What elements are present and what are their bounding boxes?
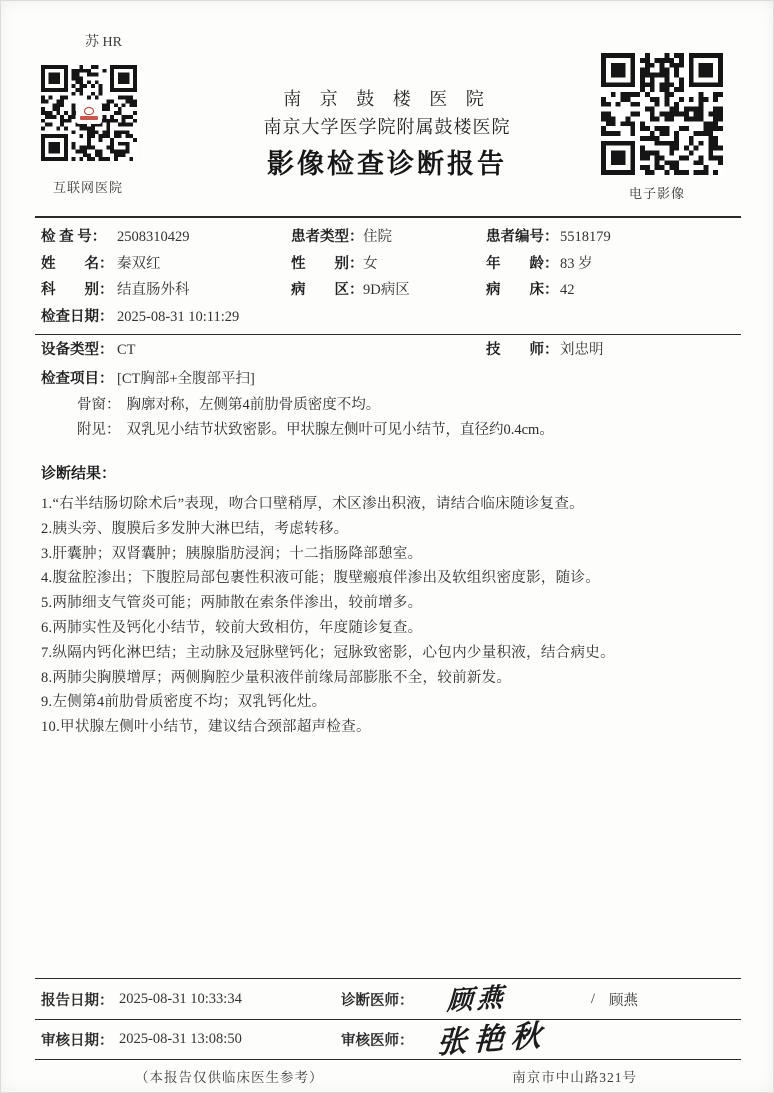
diagnosing-doctor-signature: 顾燕 bbox=[446, 976, 507, 1017]
patient-name-value: 秦双红 bbox=[117, 251, 291, 278]
diagnosis-item: 1.“右半结肠切除术后”表现，吻合口壁稍厚，术区渗出积液，请结合临床随诊复查。 bbox=[41, 492, 743, 517]
exam-date-label: 检查日期： bbox=[41, 304, 117, 331]
report-footer-table: 报告日期： 2025-08-31 10:33:34 诊断医师： 顾燕 / 顾燕 … bbox=[1, 978, 773, 1092]
report-date-row: 报告日期： 2025-08-31 10:33:34 诊断医师： 顾燕 / 顾燕 bbox=[35, 978, 741, 1019]
exam-date-value: 2025-08-31 10:11:29 bbox=[117, 304, 741, 331]
diagnosis-item: 4.腹盆腔渗出；下腹腔局部包裹性积液可能；腹壁瘢痕伴渗出及软组织密度影，随诊。 bbox=[41, 566, 743, 591]
patient-info-table: 检 查 号： 2508310429 患者类型： 住院 患者编号： 5518179… bbox=[1, 218, 773, 330]
exam-item-value: [CT胸部+全腹部平扫] bbox=[117, 366, 741, 393]
gender-value: 女 bbox=[363, 251, 486, 278]
technician-label: 技 师： bbox=[486, 337, 560, 364]
report-header: 苏 HR 互联网医院 电子影像 南 京 鼓 楼 医 院 南京大学医学院附属鼓楼医… bbox=[1, 1, 773, 216]
field-label: 病 床： bbox=[486, 277, 560, 304]
patient-id-value: 5518179 bbox=[560, 224, 741, 251]
hospital-address: 南京市中山路321号 bbox=[512, 1066, 637, 1086]
finding-label: 骨窗： bbox=[77, 397, 121, 413]
diagnosis-item: 10.甲状腺左侧叶小结节，建议结合颈部超声检查。 bbox=[41, 715, 743, 740]
finding-text: 胸廓对称，左侧第4前肋骨质密度不均。 bbox=[127, 397, 381, 413]
finding-additional: 附见：双乳见小结节状致密影。甲状腺左侧叶可见小结节，直径约0.4cm。 bbox=[41, 418, 741, 442]
patient-type-value: 住院 bbox=[363, 224, 486, 251]
region-label: 苏 HR bbox=[85, 31, 122, 51]
diagnosis-section: 诊断结果： 1.“右半结肠切除术后”表现，吻合口壁稍厚，术区渗出积液，请结合临床… bbox=[1, 442, 773, 740]
review-date-value: 2025-08-31 13:08:50 bbox=[119, 1031, 341, 1048]
diagnosis-item: 9.左侧第4前肋骨质密度不均；双乳钙化灶。 bbox=[41, 690, 743, 715]
reviewing-doctor-signature: 张艳秋 bbox=[436, 1010, 548, 1062]
diagnosis-item: 8.两肺尖胸膜增厚；两侧胸腔少量积液伴前缘局部膨胀不全，较前新发。 bbox=[41, 666, 743, 691]
reviewing-doctor-label: 审核医师： bbox=[341, 1029, 433, 1050]
device-type-value: CT bbox=[117, 337, 486, 364]
age-value: 83 岁 bbox=[560, 251, 741, 278]
diagnosis-item: 6.两肺实性及钙化小结节，较前大致相仿，年度随诊复查。 bbox=[41, 616, 743, 641]
footer-note: （本报告仅供临床医生参考） bbox=[135, 1066, 324, 1086]
diagnosing-doctor-label: 诊断医师： bbox=[341, 989, 433, 1010]
report-title: 影像检查诊断报告 bbox=[1, 142, 773, 181]
signature-separator: / bbox=[591, 991, 595, 1008]
field-label: 性 别： bbox=[291, 251, 363, 278]
ward-value: 9D病区 bbox=[363, 277, 486, 304]
finding-bone-window: 骨窗：胸廓对称，左侧第4前肋骨质密度不均。 bbox=[41, 393, 741, 417]
hospital-name: 南 京 鼓 楼 医 院 bbox=[1, 85, 773, 111]
report-date-label: 报告日期： bbox=[35, 989, 119, 1010]
department-value: 结直肠外科 bbox=[117, 277, 291, 304]
field-label: 年 龄： bbox=[486, 251, 560, 278]
diagnosis-item: 2.胰头旁、腹膜后多发肿大淋巴结，考虑转移。 bbox=[41, 517, 743, 542]
exam-number-value: 2508310429 bbox=[117, 224, 291, 251]
field-label: 姓 名： bbox=[41, 251, 117, 278]
diagnosis-item: 3.肝囊肿；双肾囊肿；胰腺脂肪浸润；十二指肠降部憩室。 bbox=[41, 542, 743, 567]
bed-value: 42 bbox=[560, 277, 741, 304]
field-label: 病 区： bbox=[291, 277, 363, 304]
device-type-label: 设备类型： bbox=[41, 337, 117, 364]
review-date-row: 审核日期： 2025-08-31 13:08:50 审核医师： 张艳秋 bbox=[35, 1019, 741, 1060]
field-label: 检 查 号： bbox=[41, 224, 117, 251]
finding-label: 附见： bbox=[77, 422, 121, 438]
report-date-value: 2025-08-31 10:33:34 bbox=[119, 991, 341, 1008]
diagnosis-item: 7.纵隔内钙化淋巴结；主动脉及冠脉壁钙化；冠脉致密影，心包内少量积液，结合病史。 bbox=[41, 641, 743, 666]
report-page: 苏 HR 互联网医院 电子影像 南 京 鼓 楼 医 院 南京大学医学院附属鼓楼医… bbox=[0, 0, 774, 1093]
hospital-affiliation: 南京大学医学院附属鼓楼医院 bbox=[1, 113, 773, 139]
technician-value: 刘忠明 bbox=[560, 337, 741, 364]
review-date-label: 审核日期： bbox=[35, 1029, 119, 1050]
diagnosis-item: 5.两肺细支气管炎可能；两肺散在索条伴渗出，较前增多。 bbox=[41, 591, 743, 616]
diagnosing-doctor-name: 顾燕 bbox=[609, 989, 638, 1010]
finding-text: 双乳见小结节状致密影。甲状腺左侧叶可见小结节，直径约0.4cm。 bbox=[127, 422, 554, 438]
qr-right-caption: 电子影像 bbox=[629, 183, 685, 202]
exam-item-label: 检查项目： bbox=[41, 366, 117, 393]
exam-info-section: 设备类型： CT 技 师： 刘忠明 检查项目： [CT胸部+全腹部平扫] 骨窗：… bbox=[1, 335, 773, 442]
field-label: 患者编号： bbox=[486, 224, 560, 251]
field-label: 科 别： bbox=[41, 277, 117, 304]
diagnosis-heading: 诊断结果： bbox=[41, 462, 743, 483]
field-label: 患者类型： bbox=[291, 224, 363, 251]
footer-note-row: （本报告仅供临床医生参考） 南京市中山路321号 bbox=[35, 1060, 741, 1092]
